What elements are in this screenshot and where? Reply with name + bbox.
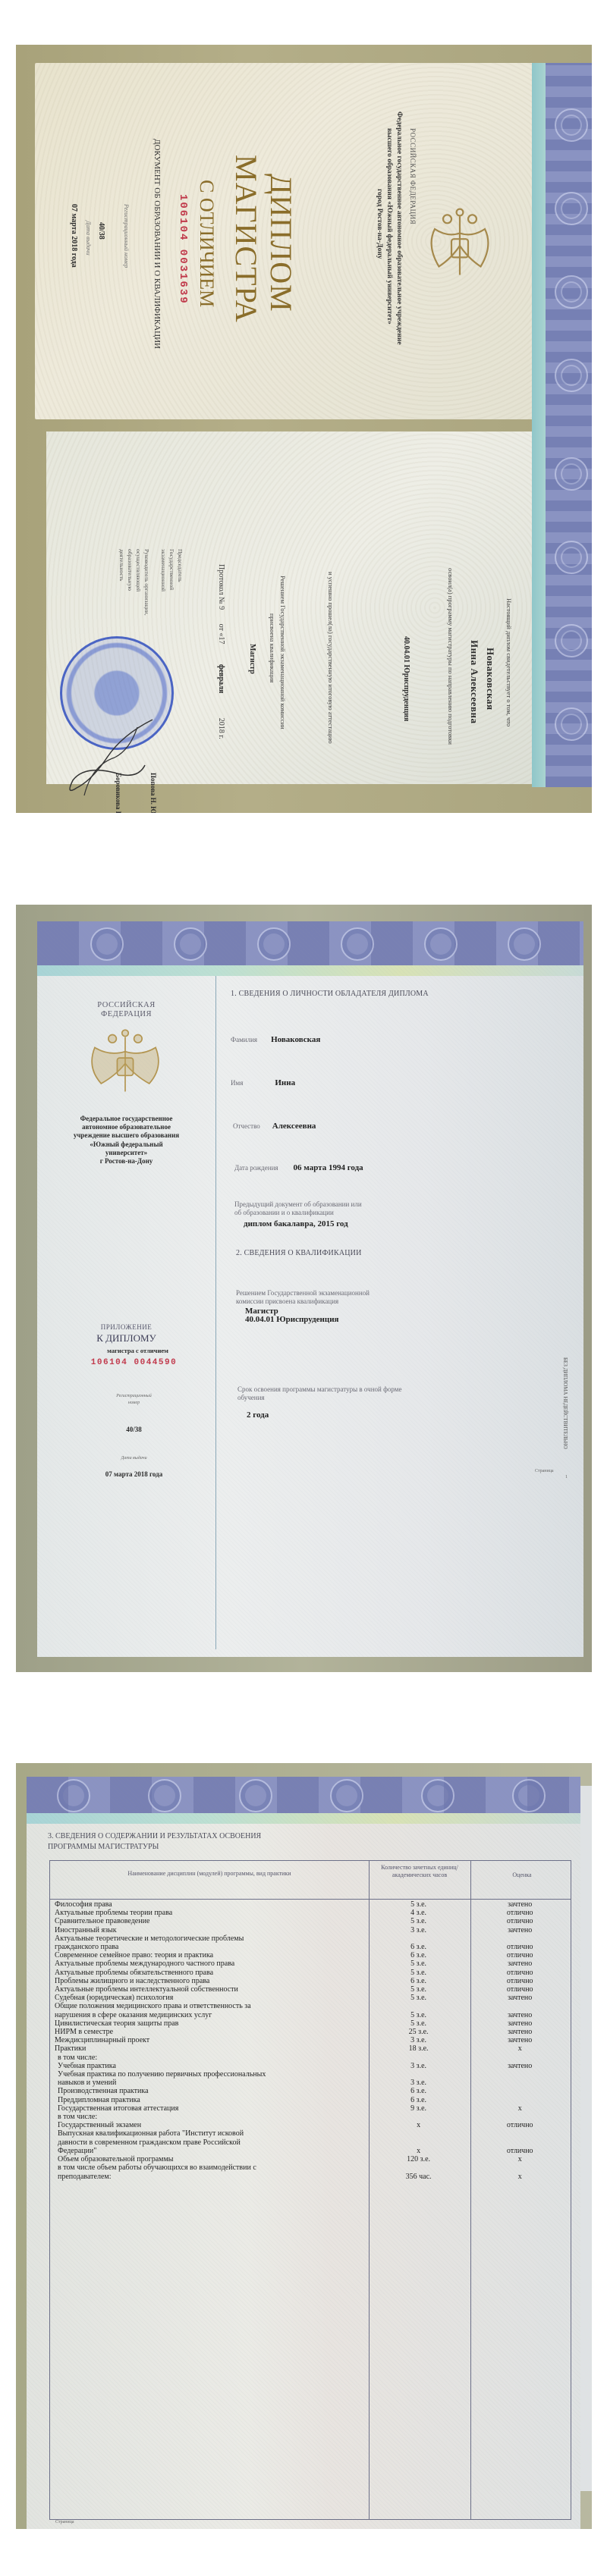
credits-cell: 5 з.е. — [368, 1994, 470, 2002]
discipline-name: Государственный экзамен — [50, 2121, 368, 2129]
annex-title: К ДИПЛОМУ — [37, 1332, 215, 1344]
guilloche-border — [37, 921, 583, 965]
table-row: Учебная практика по получению первичных … — [50, 2070, 571, 2087]
reg-number: 40/38 — [97, 222, 105, 240]
surname-label: Фамилия — [231, 1036, 257, 1043]
grade-cell: зачтено — [469, 1994, 571, 2002]
credits-cell: 6 з.е. — [368, 2087, 470, 2095]
credits-cell: 3 з.е. — [368, 2062, 470, 2070]
issue-date-label: Дата выдачи — [37, 1456, 215, 1461]
reg-number-label: Регистрационный номер — [123, 204, 130, 268]
table-row: Иностранный язык3 з.е.зачтено — [50, 1926, 571, 1934]
supplement-sheet: РОССИЙСКАЯ ФЕДЕРАЦИЯ Федеральное государ… — [37, 921, 583, 1657]
credits-cell: 25 з.е. — [368, 2028, 470, 2036]
table-row: Актуальные проблемы обязательственного п… — [50, 1969, 571, 1977]
credits-cell: 5 з.е. — [368, 2019, 470, 2028]
credits-cell: 3 з.е. — [368, 2036, 470, 2044]
grade-cell: отлично — [469, 1909, 571, 1917]
program-value: 40.04.01 Юриспруденция — [245, 1315, 339, 1324]
table-row: Преддипломная практика6 з.е. — [50, 2096, 571, 2104]
discipline-name: в том числе: — [50, 2054, 368, 2062]
diploma-title-honors: С ОТЛИЧИЕМ — [195, 180, 218, 307]
grade-cell: зачтено — [469, 2019, 571, 2028]
table-row: Общие положения медицинского права и отв… — [50, 2002, 571, 2019]
grade-cell: зачтено — [469, 2062, 571, 2070]
reg-number-label: Регистрационный номер — [37, 1393, 215, 1407]
grade-cell: отлично — [469, 2121, 571, 2129]
discipline-name: Судебная (юридическая) психология — [50, 1994, 368, 2002]
holder-given-names: Инна Алексеевна — [468, 640, 480, 723]
credits-cell: 3 з.е. — [368, 1926, 470, 1934]
credits-cell: 5 з.е. — [368, 1959, 470, 1968]
grade-cell: отлично — [469, 1977, 571, 1985]
table-row: Актуальные проблемы теории права4 з.е.от… — [50, 1909, 571, 1917]
table-row: Учебная практика3 з.е.зачтено — [50, 2062, 571, 2070]
institution-line-2: высшего образования «Южный федеральный у… — [385, 128, 393, 325]
table-row: в том числе: — [50, 2054, 571, 2062]
section-3-title: 3. СВЕДЕНИЯ О СОДЕРЖАНИИ И РЕЗУЛЬТАТАХ О… — [48, 1831, 261, 1853]
discipline-name: Цивилистическая теория защиты прав — [50, 2019, 368, 2028]
grade-cell: х — [469, 2173, 571, 2181]
grade-cell: х — [469, 2155, 571, 2163]
credits-cell: 5 з.е. — [368, 1985, 470, 1994]
birth-date-field: Дата рождения 06 марта 1994 года — [234, 1160, 363, 1174]
discipline-name: Учебная практика — [50, 2062, 368, 2070]
guilloche-border — [27, 1777, 580, 1813]
table-row: Государственная итоговая аттестация9 з.е… — [50, 2104, 571, 2113]
credits-cell: 6 з.е. — [368, 1943, 470, 1951]
diploma-serial-number: 106104 0031639 — [177, 194, 189, 305]
supplement-photo: РОССИЙСКАЯ ФЕДЕРАЦИЯ Федеральное государ… — [16, 905, 592, 1672]
credits-cell: 9 з.е. — [368, 2104, 470, 2113]
discipline-name: Сравнительное правоведение — [50, 1917, 368, 1925]
duration-value: 2 года — [247, 1410, 269, 1420]
discipline-name: Производственная практика — [50, 2087, 368, 2095]
credits-cell: 5 з.е. — [368, 2011, 470, 2019]
country-label: РОССИЙСКАЯ ФЕДЕРАЦИЯ — [37, 1001, 215, 1019]
birth-date-value: 06 марта 1994 года — [294, 1163, 363, 1172]
discipline-name: Актуальные теоретические и методологичес… — [50, 1934, 368, 1951]
table-row: Актуальные проблемы интеллектуальной соб… — [50, 1985, 571, 1994]
table-row: Производственная практика6 з.е. — [50, 2087, 571, 2095]
decision-line-2: присвоена квалификация — [269, 613, 276, 682]
discipline-name: Преддипломная практика — [50, 2096, 368, 2104]
chairman-name: Попова Н. Ю. — [149, 773, 157, 813]
guilloche-border — [532, 63, 592, 787]
credits-cell: х — [368, 2147, 470, 2155]
program-name: 40.04.01 Юриспруденция — [402, 636, 410, 721]
grade-cell: отлично — [469, 1917, 571, 1925]
credits-cell: 6 з.е. — [368, 1951, 470, 1959]
vertical-validity-note: БЕЗ ДИПЛОМА НЕДЕЙСТВИТЕЛЬНО — [562, 1357, 568, 1449]
page-number: 1 — [565, 1475, 568, 1479]
chairman-label: Председатель Государственной экзаменацио… — [159, 549, 184, 591]
grade-cell: зачтено — [469, 1959, 571, 1968]
prev-doc-value: диплом бакалавра, 2015 год — [244, 1219, 348, 1228]
issue-date: 07 марта 2018 года — [37, 1470, 215, 1478]
table-row: Выпускная квалификационная работа "Инсти… — [50, 2129, 571, 2155]
issue-date-label: Дата выдачи — [85, 221, 92, 256]
transcript-rows: Философия права5 з.е.зачтеноАктуальные п… — [50, 1900, 571, 2181]
table-row: Философия права5 з.е.зачтено — [50, 1900, 571, 1909]
qualification-label: Решением Государственной экзаменационной… — [236, 1289, 370, 1306]
credits-cell: 3 з.е. — [368, 2079, 470, 2087]
discipline-name: Актуальные проблемы обязательственного п… — [50, 1969, 368, 1977]
grade-cell: отлично — [469, 1951, 571, 1959]
protocol-line: Протокол № 9 от «17 февраля 2018 г. — [217, 564, 225, 739]
credits-cell: 5 з.е. — [368, 1969, 470, 1977]
column-divider — [215, 976, 216, 1649]
prev-doc-label: Предыдущий документ об образовании или о… — [234, 1200, 362, 1217]
issue-date: 07 марта 2018 года — [70, 204, 78, 268]
grade-cell: зачтено — [469, 2036, 571, 2044]
discipline-name: Междисциплинарный проект — [50, 2036, 368, 2044]
protocol-day: 17 — [217, 636, 225, 644]
table-row: Судебная (юридическая) психология5 з.е.з… — [50, 1994, 571, 2002]
discipline-name: Общие положения медицинского права и отв… — [50, 2002, 368, 2019]
table-row: Практики18 з.е.х — [50, 2044, 571, 2053]
table-row: Междисциплинарный проект3 з.е.зачтено — [50, 2036, 571, 2044]
table-row: Цивилистическая теория защиты прав5 з.е.… — [50, 2019, 571, 2028]
credits-cell: 6 з.е. — [368, 2096, 470, 2104]
institution-line-3: город Ростов-на-Дону — [376, 189, 383, 259]
grade-cell: х — [469, 2104, 571, 2113]
diploma-title-degree: МАГИСТРА — [228, 155, 264, 323]
protocol-year: 2018 г. — [217, 718, 225, 739]
grade-cell: зачтено — [469, 1926, 571, 1934]
supplement-serial-number: 106104 0044590 — [37, 1358, 215, 1367]
name-value: Инна — [275, 1078, 295, 1087]
decision-line-1: Решением Государственной экзаменационной… — [279, 576, 287, 730]
table-row: в том числе объем работы обучающихся во … — [50, 2163, 571, 2180]
grade-cell: отлично — [469, 2147, 571, 2155]
discipline-name: Иностранный язык — [50, 1926, 368, 1934]
discipline-name: Выпускная квалификационная работа "Инсти… — [50, 2129, 368, 2155]
section-2-title: 2. СВЕДЕНИЯ О КВАЛИФИКАЦИИ — [236, 1249, 362, 1257]
discipline-name: Философия права — [50, 1900, 368, 1909]
duration-label: Срок освоения программы магистратуры в о… — [237, 1385, 401, 1402]
credits-cell: 6 з.е. — [368, 1977, 470, 1985]
discipline-name: Актуальные проблемы международного частн… — [50, 1959, 368, 1968]
table-row: Проблемы жилищного и наследственного пра… — [50, 1977, 571, 1985]
grade-cell: зачтено — [469, 2011, 571, 2019]
table-row: Актуальные проблемы международного частн… — [50, 1959, 571, 1968]
discipline-name: Объем образовательной программы — [50, 2155, 368, 2163]
discipline-name: НИРМ в семестре — [50, 2028, 368, 2036]
section-1-title: 1. СВЕДЕНИЯ О ЛИЧНОСТИ ОБЛАДАТЕЛЯ ДИПЛОМ… — [231, 990, 429, 998]
grade-cell: х — [469, 2044, 571, 2053]
discipline-name: в том числе объем работы обучающихся во … — [50, 2163, 368, 2180]
table-row: Государственный экзаменхотлично — [50, 2121, 571, 2129]
protocol-from: от « — [217, 624, 225, 637]
discipline-name: Проблемы жилищного и наследственного пра… — [50, 1977, 368, 1985]
credits-cell: 5 з.е. — [368, 1917, 470, 1925]
grade-cell: зачтено — [469, 2028, 571, 2036]
transcript-photo: 3. СВЕДЕНИЯ О СОДЕРЖАНИИ И РЕЗУЛЬТАТАХ О… — [16, 1763, 592, 2529]
table-row: Современное семейное право: теория и пра… — [50, 1951, 571, 1959]
page-label: Страница — [535, 1469, 554, 1473]
credits-cell: х — [368, 2121, 470, 2129]
discipline-name: в том числе: — [50, 2113, 368, 2121]
name-label: Имя — [231, 1079, 243, 1087]
page-label: Страница — [55, 2520, 74, 2524]
patronymic-value: Алексеевна — [272, 1122, 316, 1131]
discipline-name: Современное семейное право: теория и пра… — [50, 1951, 368, 1959]
surname-value: Новаковская — [271, 1035, 320, 1044]
certifies-text: Настоящий диплом свидетельствует о том, … — [505, 598, 513, 726]
holder-surname: Новаковская — [484, 648, 496, 711]
transcript-sheet: 3. СВЕДЕНИЯ О СОДЕРЖАНИИ И РЕЗУЛЬТАТАХ О… — [27, 1777, 580, 2529]
table-row: в том числе: — [50, 2113, 571, 2121]
coat-of-arms-icon — [84, 1028, 166, 1100]
protocol-number: 9 — [217, 606, 225, 610]
grade-cell: отлично — [469, 1985, 571, 1994]
transcript-table: Наименование дисциплин (модулей) програм… — [49, 1860, 571, 2520]
patronymic-label: Отчество — [233, 1122, 260, 1130]
passed-text: и успешно прошел(ла) государственную ито… — [327, 572, 335, 744]
discipline-name: Учебная практика по получению первичных … — [50, 2070, 368, 2087]
discipline-name: Государственная итоговая аттестация — [50, 2104, 368, 2113]
country-label: РОССИЙСКАЯ ФЕДЕРАЦИЯ — [409, 128, 417, 224]
grade-cell: зачтено — [469, 1900, 571, 1909]
diploma-photo: РОССИЙСКАЯ ФЕДЕРАЦИЯ Федеральное государ… — [16, 45, 592, 813]
birth-date-label: Дата рождения — [234, 1164, 278, 1172]
patronymic-field: Отчество Алексеевна — [233, 1119, 316, 1132]
reg-number: 40/38 — [37, 1426, 215, 1433]
surname-field: Фамилия Новаковская — [231, 1032, 320, 1046]
credits-cell: 120 з.е. — [368, 2155, 470, 2163]
column-header-grade: Оценка — [475, 1872, 569, 1879]
institution-name: Федеральное государственное автономное о… — [37, 1115, 215, 1166]
grade-cell: отлично — [469, 1943, 571, 1951]
column-header-discipline: Наименование дисциплин (модулей) програм… — [96, 1870, 323, 1878]
qualification: Магистр — [248, 644, 256, 674]
column-header-credits: Количество зачетных единиц/ академически… — [376, 1864, 463, 1879]
head-name: Боровикова Г. Р. — [115, 773, 122, 813]
signature-mark — [61, 712, 160, 803]
document-type: ДОКУМЕНТ ОБ ОБРАЗОВАНИИ И О КВАЛИФИКАЦИИ — [153, 139, 162, 349]
table-row: Сравнительное правоведение5 з.е.отлично — [50, 1917, 571, 1925]
protocol-month: февраля — [217, 664, 225, 693]
grade-cell: отлично — [469, 1969, 571, 1977]
table-row: НИРМ в семестре25 з.е.зачтено — [50, 2028, 571, 2036]
institution-line-1: Федеральное государственное автономное о… — [395, 111, 403, 344]
mastered-text: освоил(а) программу магистратуры по напр… — [447, 568, 454, 745]
credits-cell: 18 з.е. — [368, 2044, 470, 2053]
table-row: Объем образовательной программы120 з.е.х — [50, 2155, 571, 2163]
head-label: Руководитель организации, осуществляющей… — [118, 549, 151, 616]
discipline-name: Актуальные проблемы интеллектуальной соб… — [50, 1985, 368, 1994]
credits-cell: 356 час. — [368, 2173, 470, 2181]
annex-label: ПРИЛОЖЕНИЕ — [37, 1323, 215, 1331]
discipline-name: Практики — [50, 2044, 368, 2053]
annex-subtitle: магистра с отличием — [37, 1347, 215, 1354]
diploma-title: ДИПЛОМ — [263, 174, 299, 312]
discipline-name: Актуальные проблемы теории права — [50, 1909, 368, 1917]
credits-cell: 5 з.е. — [368, 1900, 470, 1909]
protocol-label: Протокол № — [217, 564, 225, 604]
name-field: Имя Инна — [231, 1075, 295, 1089]
table-row: Актуальные теоретические и методологичес… — [50, 1934, 571, 1951]
coat-of-arms-icon — [418, 204, 502, 287]
credits-cell: 4 з.е. — [368, 1909, 470, 1917]
